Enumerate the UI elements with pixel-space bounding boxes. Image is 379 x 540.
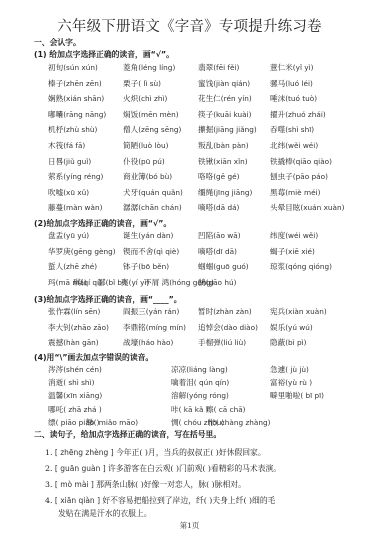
- pinyin-options[interactable]: (xuán xuàn): [300, 203, 344, 212]
- pinyin-options[interactable]: (miè méi): [285, 188, 320, 197]
- pinyin-options[interactable]: (xián shān): [63, 94, 104, 103]
- word: 翡翠: [198, 63, 213, 72]
- pinyin-choice-item[interactable]: 北纬(wěi wéi): [270, 140, 318, 151]
- word: 嚓: [206, 405, 214, 414]
- pinyin-choice-item[interactable]: 刨虫子(pāo páo): [270, 171, 328, 182]
- pinyin-choice-item[interactable]: 震撼(hàn gān): [48, 337, 99, 348]
- item4-continuation: 发贴在满是汗水的衣服上。: [58, 508, 152, 519]
- word: 李大钊: [48, 323, 71, 332]
- pinyin-choice-item[interactable]: 攥掘(jiāng jiǎng): [198, 124, 257, 135]
- word: 凹陷: [198, 231, 213, 240]
- word: 富裕: [270, 378, 285, 387]
- pinyin-options[interactable]: (rén yín): [221, 94, 252, 103]
- word: 张作霖: [48, 307, 71, 316]
- pinyin-options[interactable]: (yǐ yì): [293, 63, 314, 72]
- pinyin-choice-item[interactable]: 菱角(léng líng): [123, 62, 175, 73]
- pinyin-choice-item[interactable]: 焖饭(mēn mèn): [123, 109, 179, 120]
- word: 僧人: [123, 125, 138, 134]
- pinyin-options[interactable]: (wéi wěi): [285, 231, 318, 240]
- pinyin-choice-item[interactable]: 犬牙(quán quǎn): [123, 187, 183, 198]
- pinyin-choice-item[interactable]: 铁撬棒(qiāo qiào): [270, 156, 332, 167]
- pinyin-options[interactable]: (qiāo qiào): [293, 157, 332, 166]
- pinyin-options[interactable]: ( cā chā): [214, 405, 246, 414]
- item-number: 2.: [45, 464, 55, 473]
- word: 盘盂: [48, 231, 63, 240]
- word: 缈: [86, 418, 94, 427]
- word: 诞生: [123, 231, 138, 240]
- pinyin-choice-item[interactable]: 李大钊(zhāo zāo): [48, 322, 109, 333]
- pinyin-choice-item[interactable]: 华罗庚(gēng gèng): [48, 246, 116, 257]
- pinyin-options[interactable]: (zhāo zāo): [71, 323, 109, 332]
- pinyin-choice-item[interactable]: 凹陷(āo wā): [198, 230, 241, 241]
- pinyin-options[interactable]: (bó bù): [146, 172, 172, 181]
- pinyin-options[interactable]: (yán rán): [146, 307, 180, 316]
- sentence-text[interactable]: 那两条山脉( )好像一对恋人，脉( )脉相对。: [96, 480, 246, 489]
- pinyin-options[interactable]: (yù rù ): [285, 378, 312, 387]
- word: 震撼: [48, 338, 63, 347]
- pinyin-options[interactable]: (zhēn zēn): [63, 79, 102, 88]
- word: 惆: [171, 418, 179, 427]
- word: 咔: [171, 405, 179, 414]
- word: 北纬: [270, 141, 285, 150]
- word: 宪兵: [270, 307, 285, 316]
- word: 战壕: [123, 338, 138, 347]
- pinyin-options[interactable]: (quán quǎn): [138, 188, 183, 197]
- pinyin-choice-item[interactable]: 手榴弹(liú liù): [198, 337, 246, 348]
- pinyin-options[interactable]: (háo hào): [138, 338, 173, 347]
- pinyin-options[interactable]: ( bī pī): [300, 391, 324, 400]
- pinyin-choice-item[interactable]: 噙着泪( qún qín): [171, 377, 229, 388]
- pinyin-options[interactable]: (pū pú): [138, 157, 165, 166]
- pinyin-options[interactable]: (hàn gān): [63, 338, 98, 347]
- pinyin-choice-item[interactable]: 嚓( cā chā): [206, 404, 246, 415]
- pinyin-choice-item[interactable]: 薏仁米(yǐ yì): [270, 62, 314, 73]
- word: 嘀嗒: [198, 247, 213, 256]
- pinyin-choice-item[interactable]: 唾沫(tuó tuò): [270, 93, 317, 104]
- word: 薏仁米: [270, 63, 293, 72]
- pinyin-options[interactable]: ( kā kǎ ): [179, 405, 209, 414]
- word: 咯咯: [198, 172, 213, 181]
- word: 菱角: [123, 63, 138, 72]
- sentence-text[interactable]: 今年正( )月，当兵的叔叔正( )好休假回家。: [116, 448, 266, 457]
- pinyin-options[interactable]: (āo wā): [213, 231, 240, 240]
- pinyin-options[interactable]: (gēng gèng): [71, 247, 116, 256]
- pinyin-choice-item[interactable]: 简陋(luò lòu): [123, 140, 168, 151]
- pinyin-choice-item[interactable]: 富裕(yù rù ): [270, 377, 312, 388]
- part1-heading: 一、会认字。: [34, 37, 81, 48]
- word: 蝈蝈: [198, 262, 213, 271]
- word: 涔涔: [48, 365, 63, 374]
- word: 纬度: [270, 231, 285, 240]
- pinyin-choice-item[interactable]: 哪吒( zhā zhá ): [48, 404, 102, 415]
- pinyin-choice-item[interactable]: 消逝( shì shì): [48, 377, 94, 388]
- word: 哪吒: [48, 405, 63, 414]
- sentence-item: 2. [ guān guàn ] 许多游客在白云观( )门前观( )看精彩的马术…: [45, 463, 281, 474]
- sentence-item: 3. [ mò mài ] 那两条山脉( )好像一对恋人，脉( )脉相对。: [45, 479, 246, 490]
- s3-heading: (3)给加点字选择正确的读音，画“____”。: [34, 294, 182, 305]
- word: 机杼: [48, 125, 63, 134]
- pinyin-options[interactable]: (xiàn xuàn): [285, 307, 327, 316]
- pinyin-options[interactable]: (gāo hú): [206, 278, 237, 287]
- pinyin-choice-item[interactable]: 叛乱(bàn pàn): [198, 140, 249, 151]
- page-title: 六年级下册语文《字音》专项提升练习卷: [0, 15, 379, 36]
- word: 攥掘: [198, 125, 213, 134]
- pinyin-options[interactable]: (bàn pàn): [213, 141, 248, 150]
- pinyin-choice-item[interactable]: 僧人(zēng sēng): [123, 124, 181, 135]
- item-number: 3.: [45, 480, 55, 489]
- pinyin-options[interactable]: (fēi fěi): [213, 63, 239, 72]
- pinyin-choice-item[interactable]: 擢升(zhuó zhái): [270, 109, 326, 120]
- pinyin-choice-item[interactable]: 骡马(luó léi): [270, 78, 313, 89]
- pinyin-options[interactable]: (liáng làng): [186, 365, 228, 374]
- word: 仆役: [123, 157, 138, 166]
- word: 噙着泪: [171, 378, 194, 387]
- pinyin-options[interactable]: (jiǔ guǐ): [63, 157, 91, 166]
- pinyin-options[interactable]: (xū xǔ): [63, 188, 89, 197]
- pinyin-options[interactable]: (míng mín): [146, 323, 186, 332]
- pinyin-choice-item[interactable]: 娴熟(xián shān): [48, 93, 104, 104]
- item-number: 1.: [45, 448, 55, 457]
- pinyin-choice-item[interactable]: 火炽(chì zhì): [123, 93, 167, 104]
- word: 木筏: [48, 141, 63, 150]
- pinyin-choice-item[interactable]: 怅( chàng zhàng): [208, 417, 270, 428]
- pinyin-options[interactable]: (zhàn zàn): [213, 307, 252, 316]
- word: 商业簿: [123, 172, 146, 181]
- pinyin-choice-item[interactable]: 花生仁(rén yín): [198, 93, 252, 104]
- pinyin-choice-item[interactable]: 钵子(bō běn): [123, 261, 169, 272]
- pinyin-options[interactable]: (bì pì): [285, 338, 306, 347]
- word: 追悼会: [198, 323, 221, 332]
- pinyin-choice-item[interactable]: 蝎子(xiē xié): [270, 246, 315, 257]
- pinyin-choice-item[interactable]: 宪兵(xiàn xuàn): [270, 306, 327, 317]
- pinyin-choice-item[interactable]: 隐蔽(bì pì): [270, 337, 307, 348]
- word: 火炽: [123, 94, 138, 103]
- pinyin-choice-item[interactable]: 温馨(xīn xiāng): [48, 390, 102, 401]
- pinyin-options: [ xiān qiàn ]: [55, 496, 102, 505]
- pinyin-options[interactable]: (dào diào): [221, 323, 258, 332]
- pinyin-choice-item[interactable]: 咔( kā kǎ ): [171, 404, 209, 415]
- pinyin-options[interactable]: (sún xún): [63, 63, 98, 72]
- pinyin-options[interactable]: (pāo páo): [293, 172, 328, 181]
- word: 犬牙: [123, 188, 138, 197]
- pinyin-options[interactable]: (luó léi): [285, 79, 313, 88]
- pinyin-choice-item[interactable]: 凉凉(liáng làng): [171, 364, 228, 375]
- word: 隐蔽: [270, 338, 285, 347]
- s4-heading: (4)用“\”画去加点字错误的读音。: [34, 352, 153, 363]
- pinyin-options[interactable]: (léng líng): [138, 63, 175, 72]
- pinyin-choice-item[interactable]: 缈( miǎo māo): [86, 417, 138, 428]
- pinyin-choice-item[interactable]: 追悼会(dào diào): [198, 322, 258, 333]
- word: 夷: [121, 278, 129, 287]
- word: 栗子: [123, 79, 138, 88]
- pinyin-choice-item[interactable]: 潺潺(chān chán): [123, 202, 182, 213]
- pinyin-choice-item[interactable]: 李鼎铭(míng mín): [123, 322, 186, 333]
- pinyin-options[interactable]: (bō běn): [138, 262, 169, 271]
- pinyin-options[interactable]: (zhē zhé): [63, 262, 97, 271]
- pinyin-options[interactable]: (kuāi kuài): [213, 110, 251, 119]
- word: 琪: [73, 278, 81, 287]
- pinyin-choice-item[interactable]: 栗子( lì sù): [123, 78, 161, 89]
- pinyin-choice-item[interactable]: 暂时(zhàn zàn): [198, 306, 252, 317]
- word: 吹嘘: [48, 188, 63, 197]
- pinyin-choice-item[interactable]: 锲而不舍(qì qiè): [123, 246, 179, 257]
- pinyin-options[interactable]: (yíng réng): [63, 172, 103, 181]
- pinyin-options[interactable]: (lín sēn): [71, 307, 101, 316]
- sentence-text[interactable]: 许多游客在白云观( )门前观( )看精彩的马术表演。: [108, 464, 281, 473]
- word: 简陋: [123, 141, 138, 150]
- pinyin-options[interactable]: (gē gé): [213, 172, 239, 181]
- pinyin-options[interactable]: (chì zhì): [138, 94, 167, 103]
- word: 擢升: [270, 110, 285, 119]
- pinyin-options: [ mò mài ]: [55, 480, 96, 489]
- word: 刨虫子: [270, 172, 293, 181]
- pinyin-options[interactable]: (zhuó zhái): [285, 110, 326, 119]
- word: 暂时: [198, 307, 213, 316]
- pinyin-options[interactable]: (shén cén): [63, 365, 102, 374]
- word: 藤蔓: [48, 203, 63, 212]
- pinyin-options[interactable]: (mēn mèn): [138, 110, 178, 119]
- sentence-item: 4. [ xiān qiàn ] 好不容易把船拉到了岸边，纤( )夫身上纤( )…: [45, 495, 275, 506]
- word: 铁锹: [198, 157, 213, 166]
- word: 溶解: [171, 391, 186, 400]
- word: 骡马: [270, 79, 285, 88]
- pinyin-choice-item[interactable]: 日晷(jiǔ guǐ): [48, 156, 91, 167]
- pinyin-choice-item[interactable]: 张作霖(lín sēn): [48, 306, 100, 317]
- pinyin-choice-item[interactable]: 急遽( jù jù): [270, 364, 309, 375]
- pinyin-choice-item[interactable]: 初旬(sún xún): [48, 62, 98, 73]
- pinyin-choice-item[interactable]: 机杼(zhù shù): [48, 124, 97, 135]
- pinyin-choice-item[interactable]: 盘盂(yū yú): [48, 230, 89, 241]
- word: 蜇人: [48, 262, 63, 271]
- pinyin-choice-item[interactable]: 琼浆(qóng qióng): [270, 261, 332, 272]
- pinyin-options[interactable]: (jiàn qián): [213, 79, 250, 88]
- part2-heading: 二、读句子，给加点字选择正确的读音，写在括号里。: [34, 429, 221, 440]
- word: 嘟囔: [48, 110, 63, 119]
- pinyin-options[interactable]: (qóng qióng): [285, 262, 332, 271]
- sentence-text[interactable]: 好不容易把船拉到了岸边，纤( )夫身上纤( )细的毛: [102, 496, 275, 505]
- word: 嘀嗒: [198, 203, 213, 212]
- pinyin-choice-item[interactable]: 蜇人(zhē zhé): [48, 261, 97, 272]
- pinyin-choice-item[interactable]: 仆役(pū pú): [123, 156, 165, 167]
- pinyin-options[interactable]: ( chàng zhàng): [216, 418, 271, 427]
- pinyin-choice-item[interactable]: 吹嘘(xū xǔ): [48, 187, 89, 198]
- pinyin-options[interactable]: (wěi wéi): [285, 141, 318, 150]
- pinyin-options[interactable]: (guō guó): [213, 262, 248, 271]
- pinyin-options[interactable]: (liú liù): [221, 338, 246, 347]
- sentence-item: 1. [ zhēng zhèng ] 今年正( )月，当兵的叔叔正( )好休假回…: [45, 447, 266, 458]
- word: 玛: [48, 278, 56, 287]
- pinyin-options[interactable]: (xiē xié): [285, 247, 315, 256]
- word: 叛乱: [198, 141, 213, 150]
- pinyin-choice-item[interactable]: 嘀嗒(dī dā): [198, 246, 237, 257]
- word: 蝎子: [270, 247, 285, 256]
- pinyin-choice-item[interactable]: 榛子(zhēn zēn): [48, 78, 102, 89]
- word: 铁撬棒: [270, 157, 293, 166]
- word: 消逝: [48, 378, 63, 387]
- pinyin-choice-item[interactable]: 噼里啪啦( bī pī): [270, 390, 324, 401]
- pinyin-choice-item[interactable]: 藤蔓(màn wàn): [48, 202, 102, 213]
- word: 蜜饯: [198, 79, 213, 88]
- pinyin-choice-item[interactable]: 纬度(wéi wěi): [270, 230, 318, 241]
- word: 阎振三: [123, 307, 146, 316]
- s1-heading: (1) 给加点字选择正确的读音，画“√”。: [34, 49, 174, 60]
- pinyin-options[interactable]: (rāng nāng): [63, 110, 106, 119]
- pinyin-choice-item[interactable]: 嘀嗒(dā dá): [198, 202, 239, 213]
- word: 鄙: [98, 278, 106, 287]
- word: 潺潺: [123, 203, 138, 212]
- pinyin-options[interactable]: (shì shī): [285, 125, 314, 134]
- pinyin-options[interactable]: (qì qiè): [153, 247, 179, 256]
- pinyin-choice-item[interactable]: 战壕(háo hào): [123, 337, 173, 348]
- word: 缥: [48, 418, 56, 427]
- word: 筷子: [198, 110, 213, 119]
- pinyin-options[interactable]: (zhù shù): [63, 125, 97, 134]
- pinyin-options[interactable]: (tuó tuò): [285, 94, 317, 103]
- word: 怅: [208, 418, 216, 427]
- page-number: 第1页: [0, 520, 379, 531]
- pinyin-choice-item[interactable]: 商业簿(bó bù): [123, 171, 172, 182]
- word: 琼浆: [270, 262, 285, 271]
- word: 不屑 鸿: [144, 278, 169, 287]
- pinyin-options: [ guān guàn ]: [55, 464, 108, 473]
- pinyin-options[interactable]: (chān chán): [138, 203, 181, 212]
- pinyin-options[interactable]: (jīng jiāng): [213, 188, 252, 197]
- pinyin-choice-item[interactable]: 翡翠(fēi fěi): [198, 62, 239, 73]
- word: 花生仁: [198, 94, 221, 103]
- word: 初旬: [48, 63, 63, 72]
- pinyin-options[interactable]: ( qún qín): [194, 378, 230, 387]
- word: 钵子: [123, 262, 138, 271]
- word: 华罗庚: [48, 247, 71, 256]
- word: 凉凉: [171, 365, 186, 374]
- pinyin-options[interactable]: (yán dàn): [138, 231, 173, 240]
- pinyin-options[interactable]: (fá fā): [63, 141, 85, 150]
- pinyin-choice-item[interactable]: 阎振三(yán rán): [123, 306, 179, 317]
- word: 锲而不舍: [123, 247, 153, 256]
- pinyin-options[interactable]: (jiāng jiǎng): [213, 125, 257, 134]
- pinyin-choice-item[interactable]: 涔涔(shén cén): [48, 364, 102, 375]
- pinyin-choice-item[interactable]: 娱乐(yú wú): [270, 322, 313, 333]
- word: 急遽: [270, 365, 285, 374]
- pinyin-choice-item[interactable]: 缰绳(jīng jiāng): [198, 187, 252, 198]
- word: 缰绳: [198, 188, 213, 197]
- pinyin-choice-item[interactable]: 萦系(yíng réng): [48, 171, 103, 182]
- word: 榛子: [48, 79, 63, 88]
- pinyin-options[interactable]: (dā dá): [213, 203, 239, 212]
- pinyin-options[interactable]: (dī dā): [213, 247, 237, 256]
- pinyin-choice-item[interactable]: 头晕目眩(xuán xuàn): [270, 202, 344, 213]
- word: 手榴弹: [198, 338, 221, 347]
- pinyin-options[interactable]: ( miǎo māo): [94, 418, 138, 427]
- pinyin-choice-item[interactable]: 筷子(kuāi kuài): [198, 109, 251, 120]
- word: 温馨: [48, 391, 63, 400]
- word: 李鼎铭: [123, 323, 146, 332]
- pinyin-options[interactable]: (yū yú): [63, 231, 89, 240]
- pinyin-choice-item[interactable]: 诞生(yán dàn): [123, 230, 173, 241]
- pinyin-choice-item[interactable]: 铁锹(xiān xǐn): [198, 156, 248, 167]
- pinyin-options[interactable]: (yóng róng): [186, 391, 229, 400]
- pinyin-choice-item[interactable]: 吞噬(shì shī): [270, 124, 314, 135]
- pinyin-options[interactable]: (yú wú): [285, 323, 313, 332]
- pinyin-choice-item[interactable]: 蜜饯(jiàn qián): [198, 78, 250, 89]
- word: 焖饭: [123, 110, 138, 119]
- pinyin-options[interactable]: (luò lòu): [138, 141, 168, 150]
- pinyin-choice-item[interactable]: 木筏(fá fā): [48, 140, 85, 151]
- word: 噼里啪啦: [270, 391, 300, 400]
- pinyin-options[interactable]: ( jù jù): [285, 365, 309, 374]
- pinyin-options[interactable]: (xīn xiāng): [63, 391, 102, 400]
- pinyin-choice-item[interactable]: 黑莓(miè méi): [270, 187, 320, 198]
- word: 日晷: [48, 157, 63, 166]
- pinyin-choice-item[interactable]: 溶解(yóng róng): [171, 390, 229, 401]
- pinyin-choice-item[interactable]: 鹄(gāo hú): [198, 277, 236, 288]
- word: 唾沫: [270, 94, 285, 103]
- pinyin-options[interactable]: (màn wàn): [63, 203, 102, 212]
- word: 娱乐: [270, 323, 285, 332]
- pinyin-choice-item[interactable]: 蝈蝈(guō guó): [198, 261, 249, 272]
- word: 黑莓: [270, 188, 285, 197]
- pinyin-choice-item[interactable]: 咯咯(gē gé): [198, 171, 239, 182]
- pinyin-options: [ zhēng zhèng ]: [55, 448, 116, 457]
- pinyin-options[interactable]: (zēng sēng): [138, 125, 181, 134]
- pinyin-options[interactable]: (xiān xǐn): [213, 157, 247, 166]
- pinyin-options[interactable]: ( zhā zhá ): [63, 405, 102, 414]
- word: 鹄: [198, 278, 206, 287]
- pinyin-options[interactable]: ( lì sù): [138, 79, 161, 88]
- word: 娴熟: [48, 94, 63, 103]
- word: 头晕目眩: [270, 203, 300, 212]
- s2-heading: (2)给加点字选择正确的读音，画“√”。: [34, 218, 171, 229]
- pinyin-options[interactable]: ( shì shì): [63, 378, 94, 387]
- pinyin-choice-item[interactable]: 嘟囔(rāng nāng): [48, 109, 106, 120]
- word: 吞噬: [270, 125, 285, 134]
- word: 萦系: [48, 172, 63, 181]
- item-number: 4.: [45, 496, 55, 505]
